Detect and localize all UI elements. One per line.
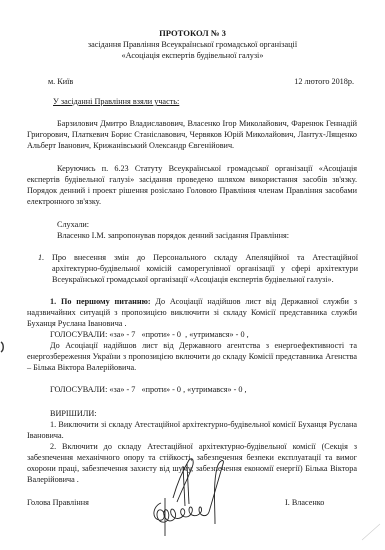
- attendance-members-text: Барзилович Дмитро Владиславович, Власенк…: [27, 118, 357, 151]
- document-city: м. Київ: [48, 76, 73, 87]
- first-question-label: 1. По першому питанню:: [50, 297, 151, 306]
- first-question-paragraph: 1. По першому питанню: До Асоціації наді…: [27, 296, 357, 329]
- spacer: [27, 373, 357, 384]
- meeting-basis-text: Керуючись п. 6.23 Статуту Всеукраїнської…: [27, 163, 357, 207]
- agenda-item-number: 1.: [38, 252, 44, 263]
- heard-text: Власенко І.М. запропонував порядок денни…: [57, 230, 289, 241]
- vote-result-1: ГОЛОСУВАЛИ: «за» - 7 «проти» - 0 , «утри…: [27, 329, 357, 340]
- document-title: ПРОТОКОЛ № 3: [0, 28, 385, 39]
- agenda-item-text: Про внесення змін до Персонального склад…: [52, 252, 358, 285]
- decided-heading: ВИРІШИЛИ:: [50, 408, 97, 419]
- decision-item-1: 1. Виключити зі складу Атестаційної архі…: [27, 419, 357, 441]
- document-subtitle-line2: «Асоціація експертів будівельної галузі»: [0, 50, 385, 61]
- agenda-item: 1. Про внесення змін до Персонального ск…: [38, 252, 358, 285]
- scan-artifact-icon: [360, 520, 382, 542]
- handwritten-signature-icon: [143, 458, 233, 538]
- document-header: ПРОТОКОЛ № 3 засідання Правління Всеукра…: [0, 28, 385, 61]
- signatory-position: Голова Правління: [27, 497, 89, 508]
- document-page: ПРОТОКОЛ № 3 засідання Правління Всеукра…: [0, 0, 385, 550]
- margin-mark-icon: [0, 340, 6, 354]
- document-subtitle-line1: засідання Правління Всеукраїнської грома…: [0, 39, 385, 50]
- meeting-basis: Керуючись п. 6.23 Статуту Всеукраїнської…: [27, 163, 357, 207]
- second-letter-text: До Асоціації надійшов лист від Державног…: [27, 340, 357, 373]
- vote-result-2: ГОЛОСУВАЛИ: «за» - 7 «проти» - 0 , «утри…: [27, 384, 357, 395]
- attendance-heading: У засіданні Правління взяли участь:: [53, 96, 179, 107]
- first-question-section: 1. По першому питанню: До Асоціації наді…: [27, 296, 357, 395]
- heard-label: Слухали:: [57, 219, 89, 230]
- document-date: 12 лютого 2018р.: [294, 76, 354, 87]
- signatory-name: І. Власенко: [285, 497, 324, 508]
- attendance-members: Барзилович Дмитро Владиславович, Власенк…: [27, 118, 357, 151]
